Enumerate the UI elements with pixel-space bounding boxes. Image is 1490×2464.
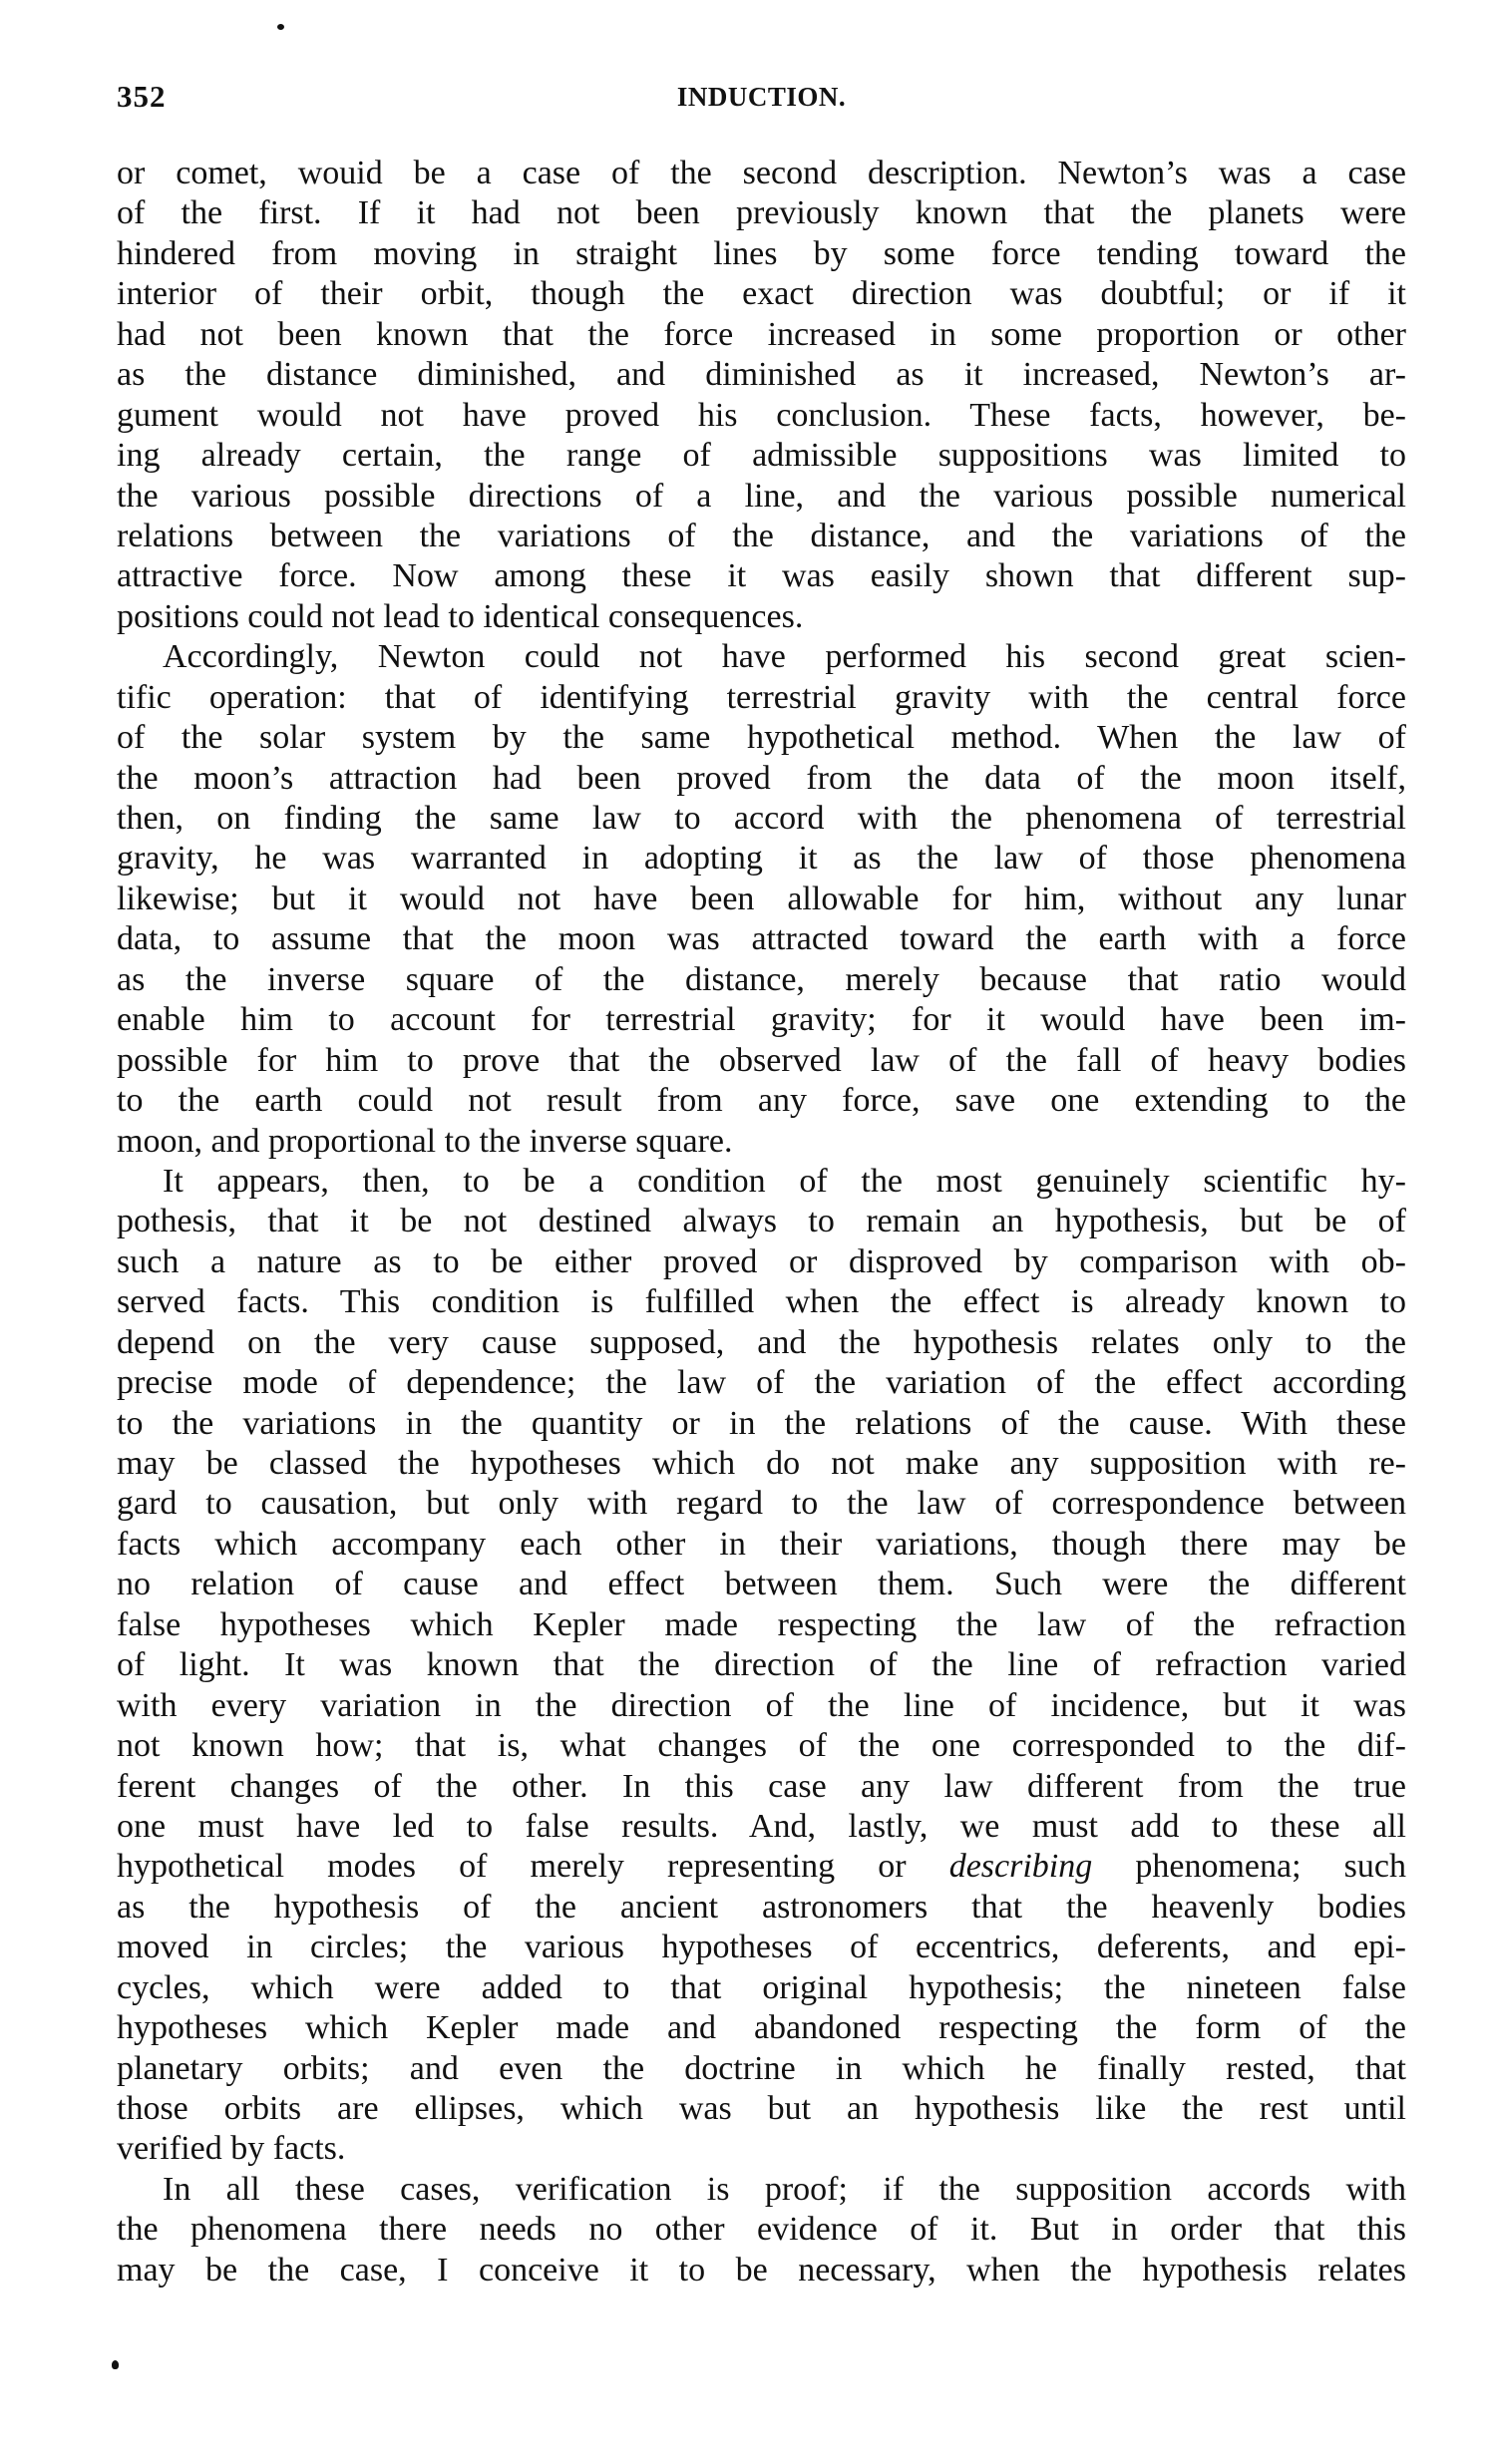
text-line: tific operation: that of identifying ter… bbox=[117, 678, 1406, 718]
text-line-content: depend on the very cause supposed, and t… bbox=[117, 1323, 1406, 1363]
text-line-content: cycles, which were added to that origina… bbox=[117, 1968, 1406, 2008]
text-line: moved in circles; the various hypotheses… bbox=[117, 1928, 1406, 1967]
text-line-content: had not been known that the force increa… bbox=[117, 315, 1406, 355]
text-line: served facts. This condition is fulfille… bbox=[117, 1282, 1406, 1322]
text-line: as the hypothesis of the ancient astrono… bbox=[117, 1888, 1406, 1928]
text-line-content: moved in circles; the various hypotheses… bbox=[117, 1928, 1406, 1967]
text-line-content: then, on finding the same law to accord … bbox=[117, 799, 1406, 839]
text-line-content: may be classed the hypotheses which do n… bbox=[117, 1444, 1406, 1484]
text-line-content: the various possible directions of a lin… bbox=[117, 477, 1406, 517]
text-line-content: It appears, then, to be a condition of t… bbox=[163, 1162, 1406, 1202]
text-line: gard to causation, but only with regard … bbox=[117, 1484, 1406, 1524]
text-line-content: gravity, he was warranted in adopting it… bbox=[117, 839, 1406, 879]
text-line: attractive force. Now among these it was… bbox=[117, 556, 1406, 596]
text-line-content: likewise; but it would not have been all… bbox=[117, 880, 1406, 919]
text-line: of light. It was known that the directio… bbox=[117, 1645, 1406, 1685]
text-line: gravity, he was warranted in adopting it… bbox=[117, 839, 1406, 879]
emphasis-text: describing bbox=[949, 1848, 1093, 1885]
text-line: of the solar system by the same hypothet… bbox=[117, 718, 1406, 758]
text-line-content: to the variations in the quantity or in … bbox=[117, 1404, 1406, 1444]
text-line: the phenomena there needs no other evide… bbox=[117, 2210, 1406, 2250]
text-line: with every variation in the direction of… bbox=[117, 1686, 1406, 1726]
text-line-content: served facts. This condition is fulfille… bbox=[117, 1282, 1406, 1322]
text-line-content: ferent changes of the other. In this cas… bbox=[117, 1767, 1406, 1807]
text-line-content: precise mode of dependence; the law of t… bbox=[117, 1363, 1406, 1403]
scan-speck-top bbox=[277, 24, 284, 30]
text-line-content: interior of their orbit, though the exac… bbox=[117, 274, 1406, 314]
text-line: the moon’s attraction had been proved fr… bbox=[117, 759, 1406, 799]
text-line: possible for him to prove that the obser… bbox=[117, 1041, 1406, 1081]
text-line: or comet, wouid be a case of the second … bbox=[117, 154, 1406, 193]
text-line-content: attractive force. Now among these it was… bbox=[117, 556, 1406, 596]
text-line: to the variations in the quantity or in … bbox=[117, 1404, 1406, 1444]
text-run: phenomena; such bbox=[1092, 1848, 1406, 1885]
text-line-content: hypothetical modes of merely representin… bbox=[117, 1847, 1406, 1887]
text-line-content: or comet, wouid be a case of the second … bbox=[117, 154, 1406, 193]
text-line: to the earth could not result from any f… bbox=[117, 1081, 1406, 1121]
text-line: relations between the variations of the … bbox=[117, 517, 1406, 556]
running-title: INDUCTION. bbox=[117, 80, 1406, 114]
text-line-content: In all these cases, verification is proo… bbox=[163, 2170, 1406, 2210]
text-line-content: data, to assume that the moon was attrac… bbox=[117, 919, 1406, 959]
text-line-content: of the first. If it had not been previou… bbox=[117, 193, 1406, 233]
text-line: as the inverse square of the distance, m… bbox=[117, 960, 1406, 1000]
text-line: data, to assume that the moon was attrac… bbox=[117, 919, 1406, 959]
text-line-content: enable him to account for terrestrial gr… bbox=[117, 1000, 1406, 1040]
text-line: facts which accompany each other in thei… bbox=[117, 1525, 1406, 1565]
text-line-content: of the solar system by the same hypothet… bbox=[117, 718, 1406, 758]
text-line: then, on finding the same law to accord … bbox=[117, 799, 1406, 839]
text-line-content: the phenomena there needs no other evide… bbox=[117, 2210, 1406, 2250]
text-line: In all these cases, verification is proo… bbox=[117, 2170, 1406, 2210]
text-line: hypotheses which Kepler made and abandon… bbox=[117, 2008, 1406, 2048]
text-line: likewise; but it would not have been all… bbox=[117, 880, 1406, 919]
text-line-content: no relation of cause and effect between … bbox=[117, 1565, 1406, 1604]
body-text: or comet, wouid be a case of the second … bbox=[117, 154, 1406, 2290]
running-head: 352 INDUCTION. bbox=[117, 80, 1406, 114]
text-line-content: the moon’s attraction had been proved fr… bbox=[117, 759, 1406, 799]
text-line-content: one must have led to false results. And,… bbox=[117, 1807, 1406, 1847]
text-line: may be classed the hypotheses which do n… bbox=[117, 1444, 1406, 1484]
text-line: It appears, then, to be a condition of t… bbox=[117, 1162, 1406, 1202]
text-line-content: Accordingly, Newton could not have perfo… bbox=[163, 637, 1406, 677]
text-line: ing already certain, the range of admiss… bbox=[117, 436, 1406, 476]
text-line-content: positions could not lead to identical co… bbox=[117, 597, 1406, 637]
text-line: depend on the very cause supposed, and t… bbox=[117, 1323, 1406, 1363]
text-line-content: to the earth could not result from any f… bbox=[117, 1081, 1406, 1121]
text-line: may be the case, I conceive it to be nec… bbox=[117, 2251, 1406, 2290]
text-line: interior of their orbit, though the exac… bbox=[117, 274, 1406, 314]
scan-speck-bottom bbox=[112, 2360, 119, 2369]
text-line-content: as the hypothesis of the ancient astrono… bbox=[117, 1888, 1406, 1928]
text-line-content: as the distance diminished, and diminish… bbox=[117, 355, 1406, 395]
text-line: no relation of cause and effect between … bbox=[117, 1565, 1406, 1604]
text-line-content: verified by facts. bbox=[117, 2129, 1406, 2169]
text-line-content: moon, and proportional to the inverse sq… bbox=[117, 1122, 1406, 1162]
text-line-content: ing already certain, the range of admiss… bbox=[117, 436, 1406, 476]
text-line: hypothetical modes of merely representin… bbox=[117, 1847, 1406, 1887]
text-line-content: pothesis, that it be not destined always… bbox=[117, 1202, 1406, 1241]
text-line: one must have led to false results. And,… bbox=[117, 1807, 1406, 1847]
text-line-content: false hypotheses which Kepler made respe… bbox=[117, 1605, 1406, 1645]
text-line-content: gard to causation, but only with regard … bbox=[117, 1484, 1406, 1524]
text-line: hindered from moving in straight lines b… bbox=[117, 234, 1406, 274]
text-line-content: tific operation: that of identifying ter… bbox=[117, 678, 1406, 718]
text-line: such a nature as to be either proved or … bbox=[117, 1242, 1406, 1282]
text-line-content: such a nature as to be either proved or … bbox=[117, 1242, 1406, 1282]
text-line: false hypotheses which Kepler made respe… bbox=[117, 1605, 1406, 1645]
text-line: enable him to account for terrestrial gr… bbox=[117, 1000, 1406, 1040]
text-line-content: facts which accompany each other in thei… bbox=[117, 1525, 1406, 1565]
text-line: verified by facts. bbox=[117, 2129, 1406, 2169]
text-line-content: gument would not have proved his conclus… bbox=[117, 396, 1406, 436]
text-line-content: hypotheses which Kepler made and abandon… bbox=[117, 2008, 1406, 2048]
text-line-content: not known how; that is, what changes of … bbox=[117, 1726, 1406, 1766]
text-line: moon, and proportional to the inverse sq… bbox=[117, 1122, 1406, 1162]
text-line: gument would not have proved his conclus… bbox=[117, 396, 1406, 436]
text-line: as the distance diminished, and diminish… bbox=[117, 355, 1406, 395]
text-line-content: possible for him to prove that the obser… bbox=[117, 1041, 1406, 1081]
text-line-content: relations between the variations of the … bbox=[117, 517, 1406, 556]
text-line: positions could not lead to identical co… bbox=[117, 597, 1406, 637]
text-line-content: may be the case, I conceive it to be nec… bbox=[117, 2251, 1406, 2290]
text-line: Accordingly, Newton could not have perfo… bbox=[117, 637, 1406, 677]
text-line-content: hindered from moving in straight lines b… bbox=[117, 234, 1406, 274]
text-line-content: as the inverse square of the distance, m… bbox=[117, 960, 1406, 1000]
text-line: ferent changes of the other. In this cas… bbox=[117, 1767, 1406, 1807]
text-line: had not been known that the force increa… bbox=[117, 315, 1406, 355]
text-line-content: of light. It was known that the directio… bbox=[117, 1645, 1406, 1685]
text-line-content: those orbits are ellipses, which was but… bbox=[117, 2089, 1406, 2129]
text-line: precise mode of dependence; the law of t… bbox=[117, 1363, 1406, 1403]
text-line: planetary orbits; and even the doctrine … bbox=[117, 2049, 1406, 2089]
text-line: the various possible directions of a lin… bbox=[117, 477, 1406, 517]
text-line: pothesis, that it be not destined always… bbox=[117, 1202, 1406, 1241]
text-line-content: with every variation in the direction of… bbox=[117, 1686, 1406, 1726]
text-line: cycles, which were added to that origina… bbox=[117, 1968, 1406, 2008]
text-line-content: planetary orbits; and even the doctrine … bbox=[117, 2049, 1406, 2089]
text-line: of the first. If it had not been previou… bbox=[117, 193, 1406, 233]
text-run: hypothetical modes of merely representin… bbox=[117, 1848, 949, 1885]
text-line: not known how; that is, what changes of … bbox=[117, 1726, 1406, 1766]
text-line: those orbits are ellipses, which was but… bbox=[117, 2089, 1406, 2129]
